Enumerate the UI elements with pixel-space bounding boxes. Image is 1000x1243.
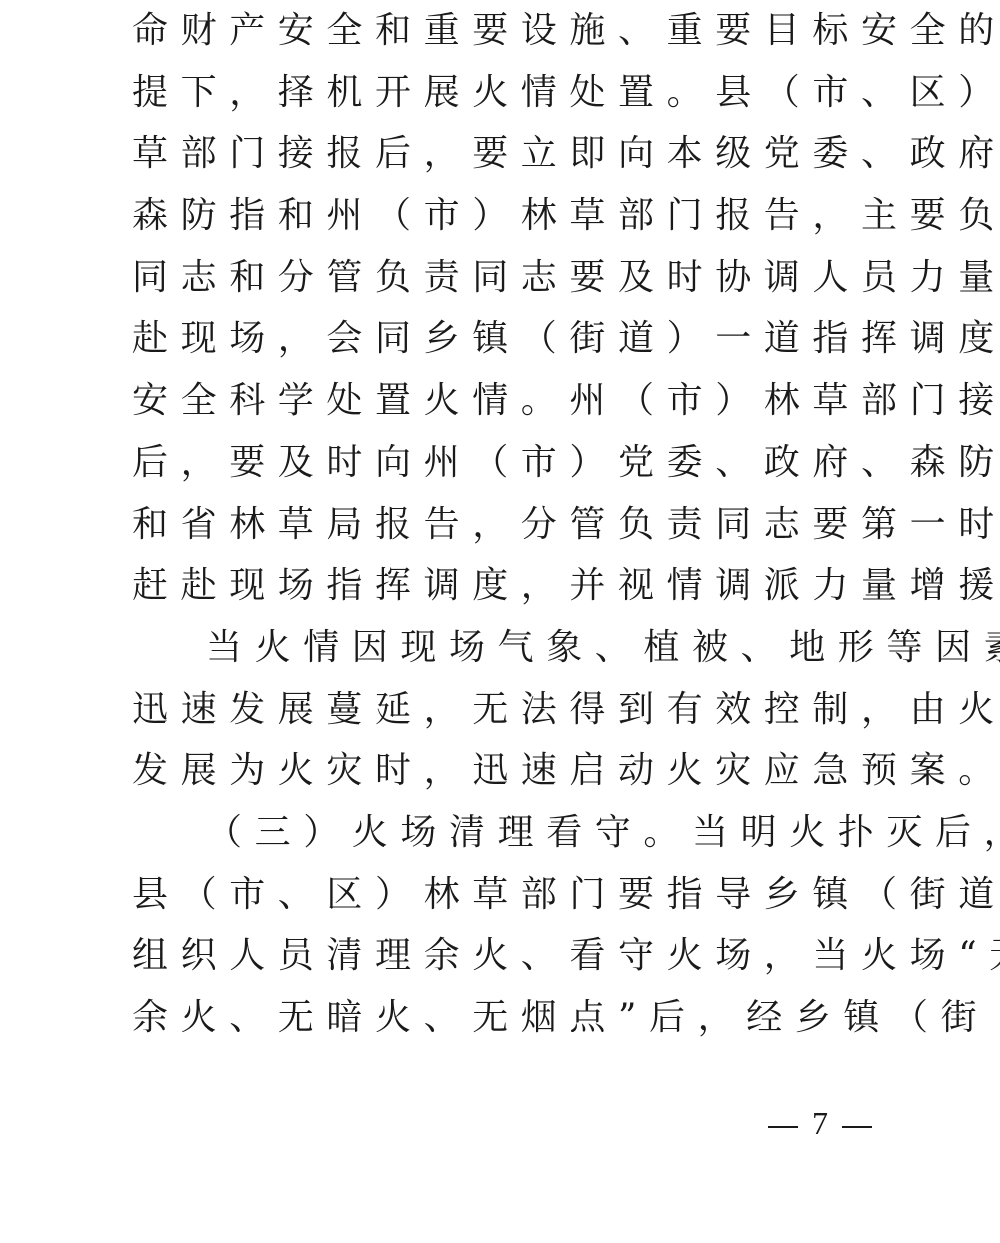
paragraph-start-line: 当火情因现场气象、植被、地形等因素: [132, 617, 872, 679]
em-dash-left: [768, 1126, 798, 1128]
document-page: 命财产安全和重要设施、重要目标安全的前 提下，择机开展火情处置。县（市、区）林 …: [0, 0, 1000, 1243]
text-line: 发展为火灾时，迅速启动火灾应急预案。: [132, 740, 872, 802]
text-line: 赴现场，会同乡镇（街道）一道指挥调度、: [132, 308, 872, 370]
page-number: 7: [740, 1100, 900, 1146]
em-dash-right: [842, 1126, 872, 1128]
text-line: 后，要及时向州（市）党委、政府、森防指: [132, 432, 872, 494]
text-line: 安全科学处置火情。州（市）林草部门接报: [132, 370, 872, 432]
page-number-value: 7: [812, 1105, 828, 1141]
text-line: 草部门接报后，要立即向本级党委、政府、: [132, 123, 872, 185]
text-line: 县（市、区）林草部门要指导乡镇（街道）: [132, 864, 872, 926]
text-line: 组织人员清理余火、看守火场，当火场“无: [132, 925, 872, 987]
text-line: 迅速发展蔓延，无法得到有效控制，由火情: [132, 679, 872, 741]
text-line: 同志和分管负责同志要及时协调人员力量赶: [132, 247, 872, 309]
text-line: 赶赴现场指挥调度，并视情调派力量增援。: [132, 555, 872, 617]
body-text: 命财产安全和重要设施、重要目标安全的前 提下，择机开展火情处置。县（市、区）林 …: [132, 0, 872, 1049]
section-heading-line: （三）火场清理看守。当明火扑灭后，: [132, 802, 872, 864]
text-line: 提下，择机开展火情处置。县（市、区）林: [132, 62, 872, 124]
text-line: 命财产安全和重要设施、重要目标安全的前: [132, 0, 872, 62]
text-line: 森防指和州（市）林草部门报告，主要负责: [132, 185, 872, 247]
text-line: 余火、无暗火、无烟点”后，经乡镇（街: [132, 987, 872, 1049]
text-line: 和省林草局报告，分管负责同志要第一时间: [132, 494, 872, 556]
